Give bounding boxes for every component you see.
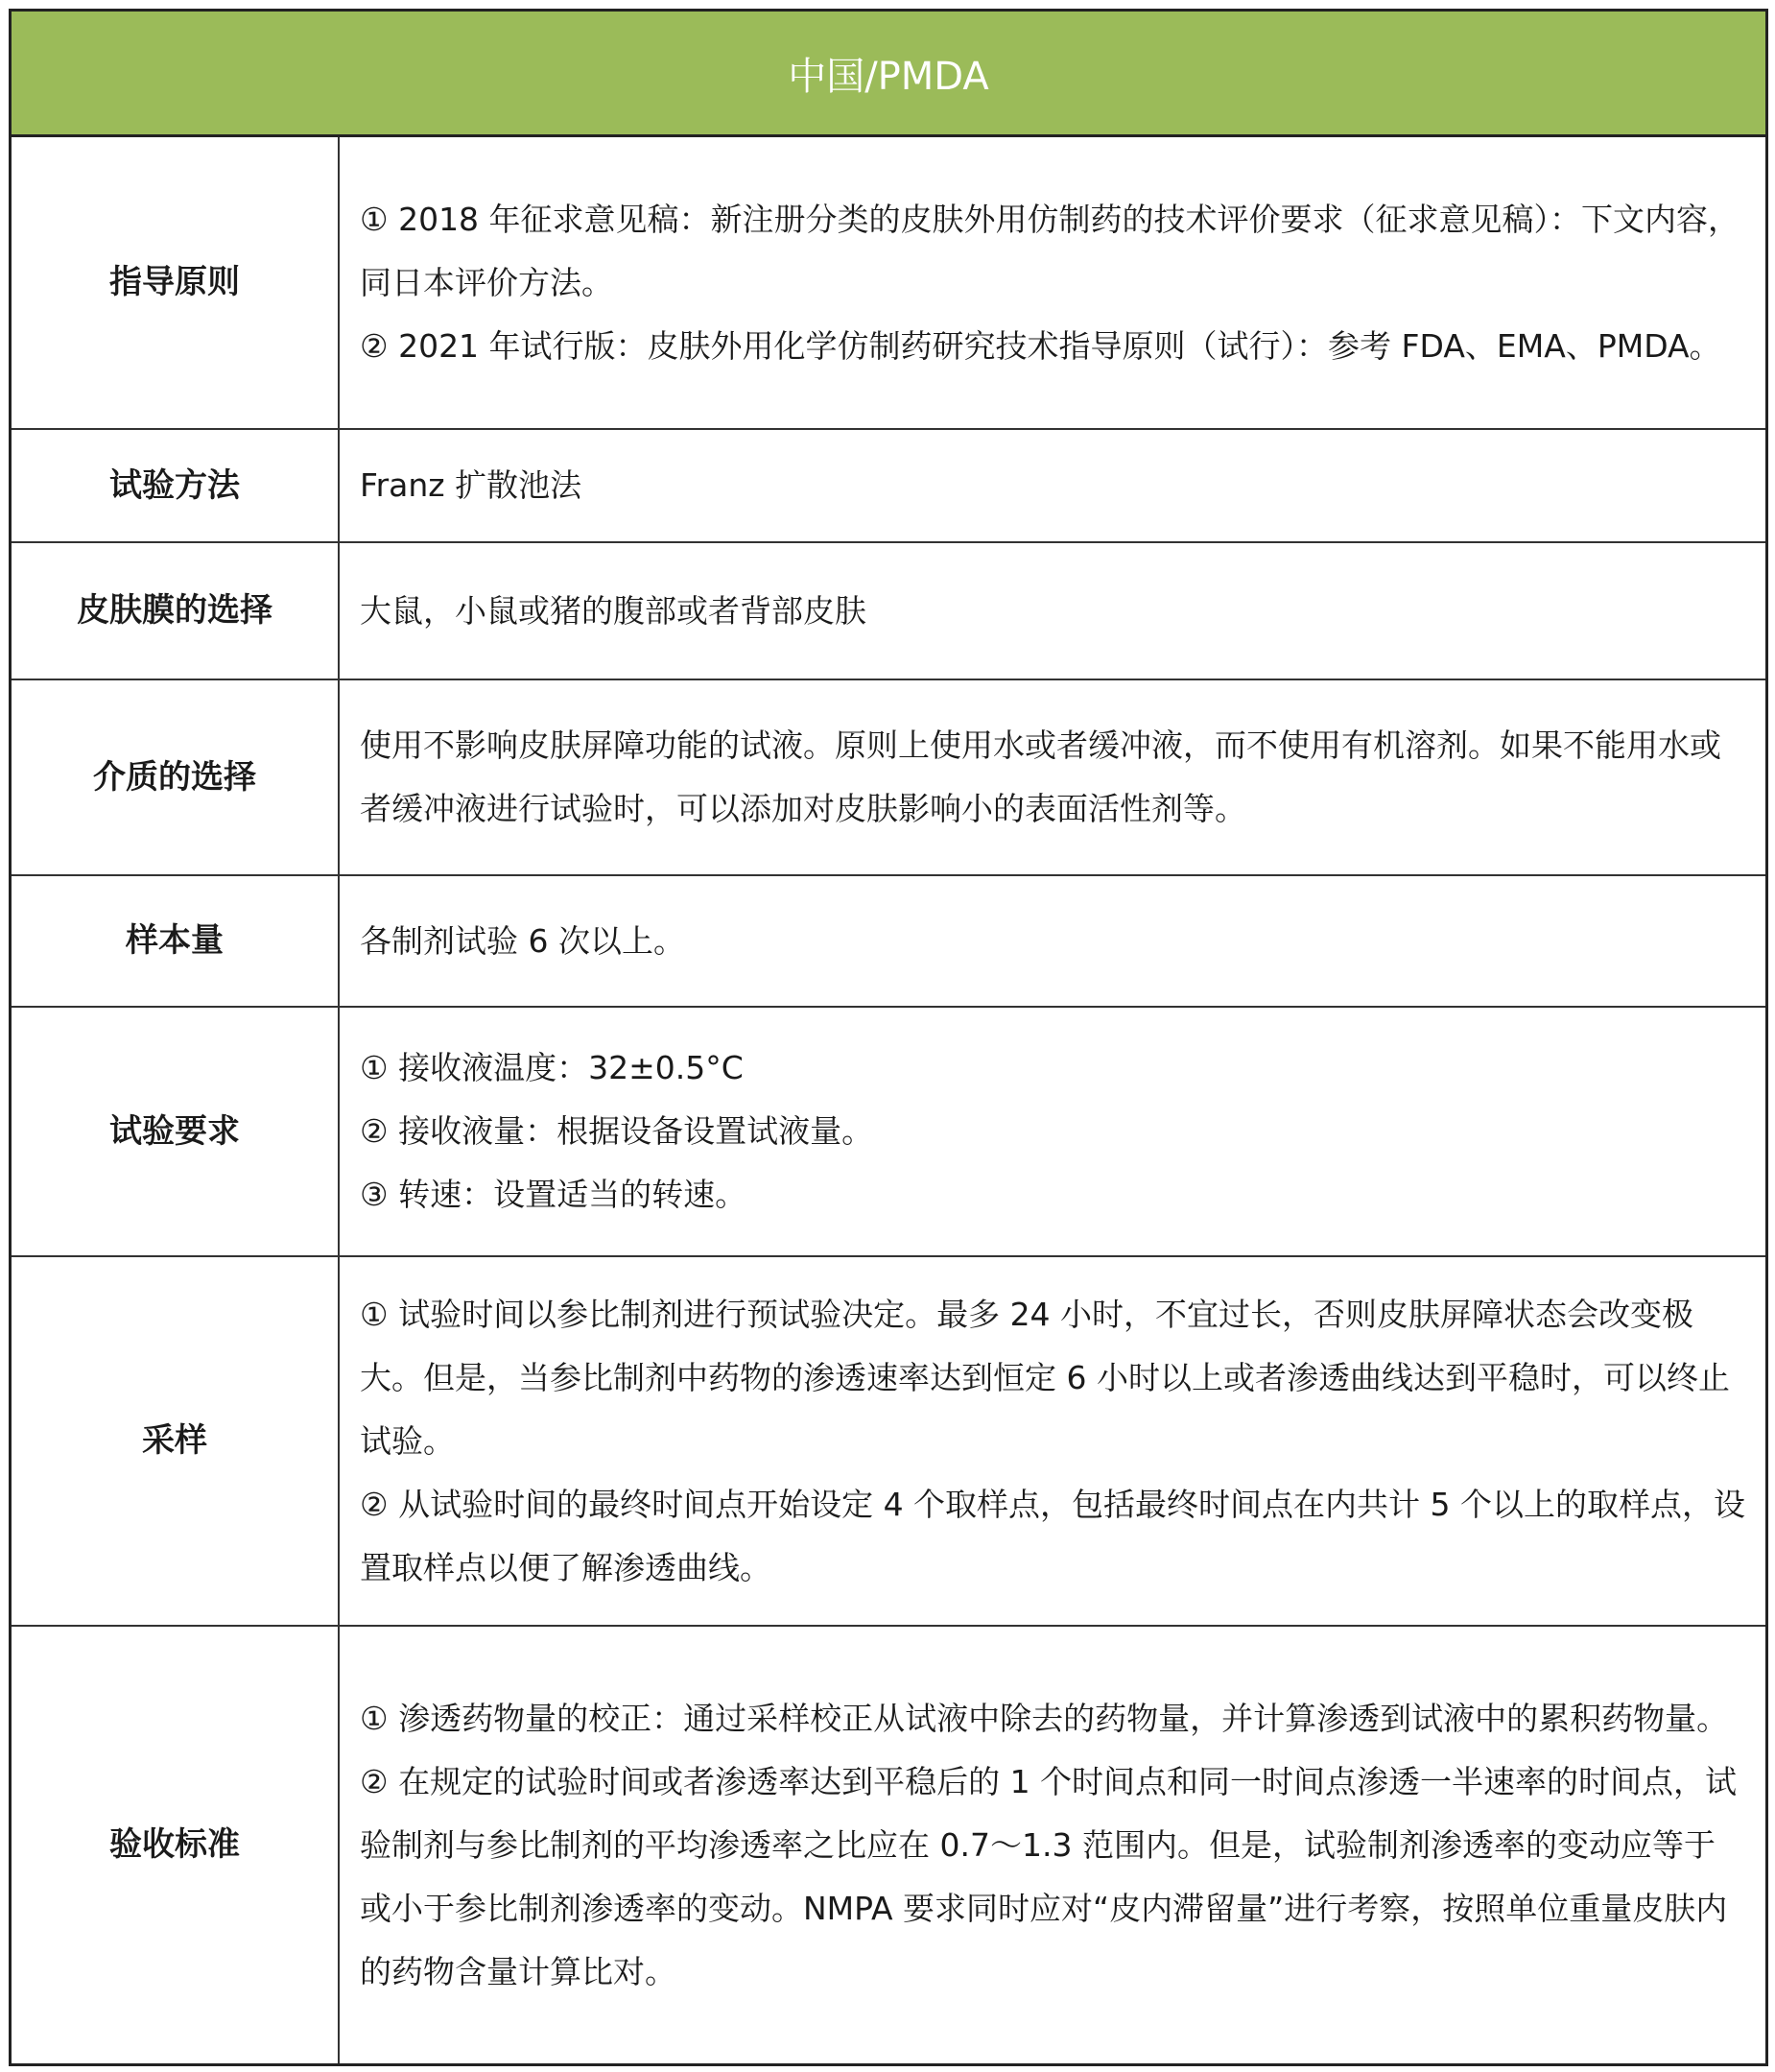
content-line: Franz 扩散池法 <box>360 454 1746 517</box>
table-row-guidelines: 指导原则 ① 2018 年征求意见稿：新注册分类的皮肤外用仿制药的技术评价要求（… <box>12 137 1765 430</box>
content-line: ② 在规定的试验时间或者渗透率达到平稳后的 1 个时间点和同一时间点渗透一半速率… <box>360 1750 1746 2004</box>
row-label: 试验方法 <box>12 430 340 541</box>
table-row-sample-size: 样本量 各制剂试验 6 次以上。 <box>12 876 1765 1008</box>
content-line: ② 接收液量：根据设备设置试液量。 <box>360 1100 1746 1163</box>
content-line: ① 2018 年征求意见稿：新注册分类的皮肤外用仿制药的技术评价要求（征求意见稿… <box>360 188 1746 315</box>
content-line: ③ 转速：设置适当的转速。 <box>360 1163 1746 1227</box>
content-line: ② 从试验时间的最终时间点开始设定 4 个取样点，包括最终时间点在内共计 5 个… <box>360 1473 1746 1600</box>
row-label: 样本量 <box>12 876 340 1006</box>
row-label: 采样 <box>12 1257 340 1625</box>
row-content: Franz 扩散池法 <box>340 430 1765 541</box>
row-label: 试验要求 <box>12 1008 340 1255</box>
content-line: 各制剂试验 6 次以上。 <box>360 910 1746 973</box>
row-label: 皮肤膜的选择 <box>12 543 340 679</box>
content-line: ② 2021 年试行版：皮肤外用化学仿制药研究技术指导原则（试行）：参考 FDA… <box>360 315 1746 378</box>
row-content: 各制剂试验 6 次以上。 <box>340 876 1765 1006</box>
comparison-table: 中国/PMDA 指导原则 ① 2018 年征求意见稿：新注册分类的皮肤外用仿制药… <box>9 9 1768 2066</box>
row-content: ① 接收液温度：32±0.5°C ② 接收液量：根据设备设置试液量。 ③ 转速：… <box>340 1008 1765 1255</box>
content-line: 大鼠，小鼠或猪的腹部或者背部皮肤 <box>360 580 1746 643</box>
table-row-test-requirements: 试验要求 ① 接收液温度：32±0.5°C ② 接收液量：根据设备设置试液量。 … <box>12 1008 1765 1257</box>
table-row-skin-membrane: 皮肤膜的选择 大鼠，小鼠或猪的腹部或者背部皮肤 <box>12 543 1765 680</box>
table-row-sampling: 采样 ① 试验时间以参比制剂进行预试验决定。最多 24 小时，不宜过长，否则皮肤… <box>12 1257 1765 1627</box>
row-content: ① 试验时间以参比制剂进行预试验决定。最多 24 小时，不宜过长，否则皮肤屏障状… <box>340 1257 1765 1625</box>
row-content: ① 2018 年征求意见稿：新注册分类的皮肤外用仿制药的技术评价要求（征求意见稿… <box>340 137 1765 428</box>
row-label: 指导原则 <box>12 137 340 428</box>
row-label: 介质的选择 <box>12 680 340 874</box>
table-row-test-method: 试验方法 Franz 扩散池法 <box>12 430 1765 543</box>
table-title: 中国/PMDA <box>788 46 989 101</box>
table-row-acceptance-criteria: 验收标准 ① 渗透药物量的校正：通过采样校正从试液中除去的药物量，并计算渗透到试… <box>12 1627 1765 2063</box>
content-line: ① 渗透药物量的校正：通过采样校正从试液中除去的药物量，并计算渗透到试液中的累积… <box>360 1687 1746 1750</box>
content-line: ① 试验时间以参比制剂进行预试验决定。最多 24 小时，不宜过长，否则皮肤屏障状… <box>360 1283 1746 1473</box>
row-content: ① 渗透药物量的校正：通过采样校正从试液中除去的药物量，并计算渗透到试液中的累积… <box>340 1627 1765 2063</box>
content-line: ① 接收液温度：32±0.5°C <box>360 1036 1746 1100</box>
table-row-medium: 介质的选择 使用不影响皮肤屏障功能的试液。原则上使用水或者缓冲液，而不使用有机溶… <box>12 680 1765 876</box>
row-label: 验收标准 <box>12 1627 340 2063</box>
content-line: 使用不影响皮肤屏障功能的试液。原则上使用水或者缓冲液，而不使用有机溶剂。如果不能… <box>360 714 1746 841</box>
table-header: 中国/PMDA <box>12 12 1765 137</box>
row-content: 使用不影响皮肤屏障功能的试液。原则上使用水或者缓冲液，而不使用有机溶剂。如果不能… <box>340 680 1765 874</box>
row-content: 大鼠，小鼠或猪的腹部或者背部皮肤 <box>340 543 1765 679</box>
